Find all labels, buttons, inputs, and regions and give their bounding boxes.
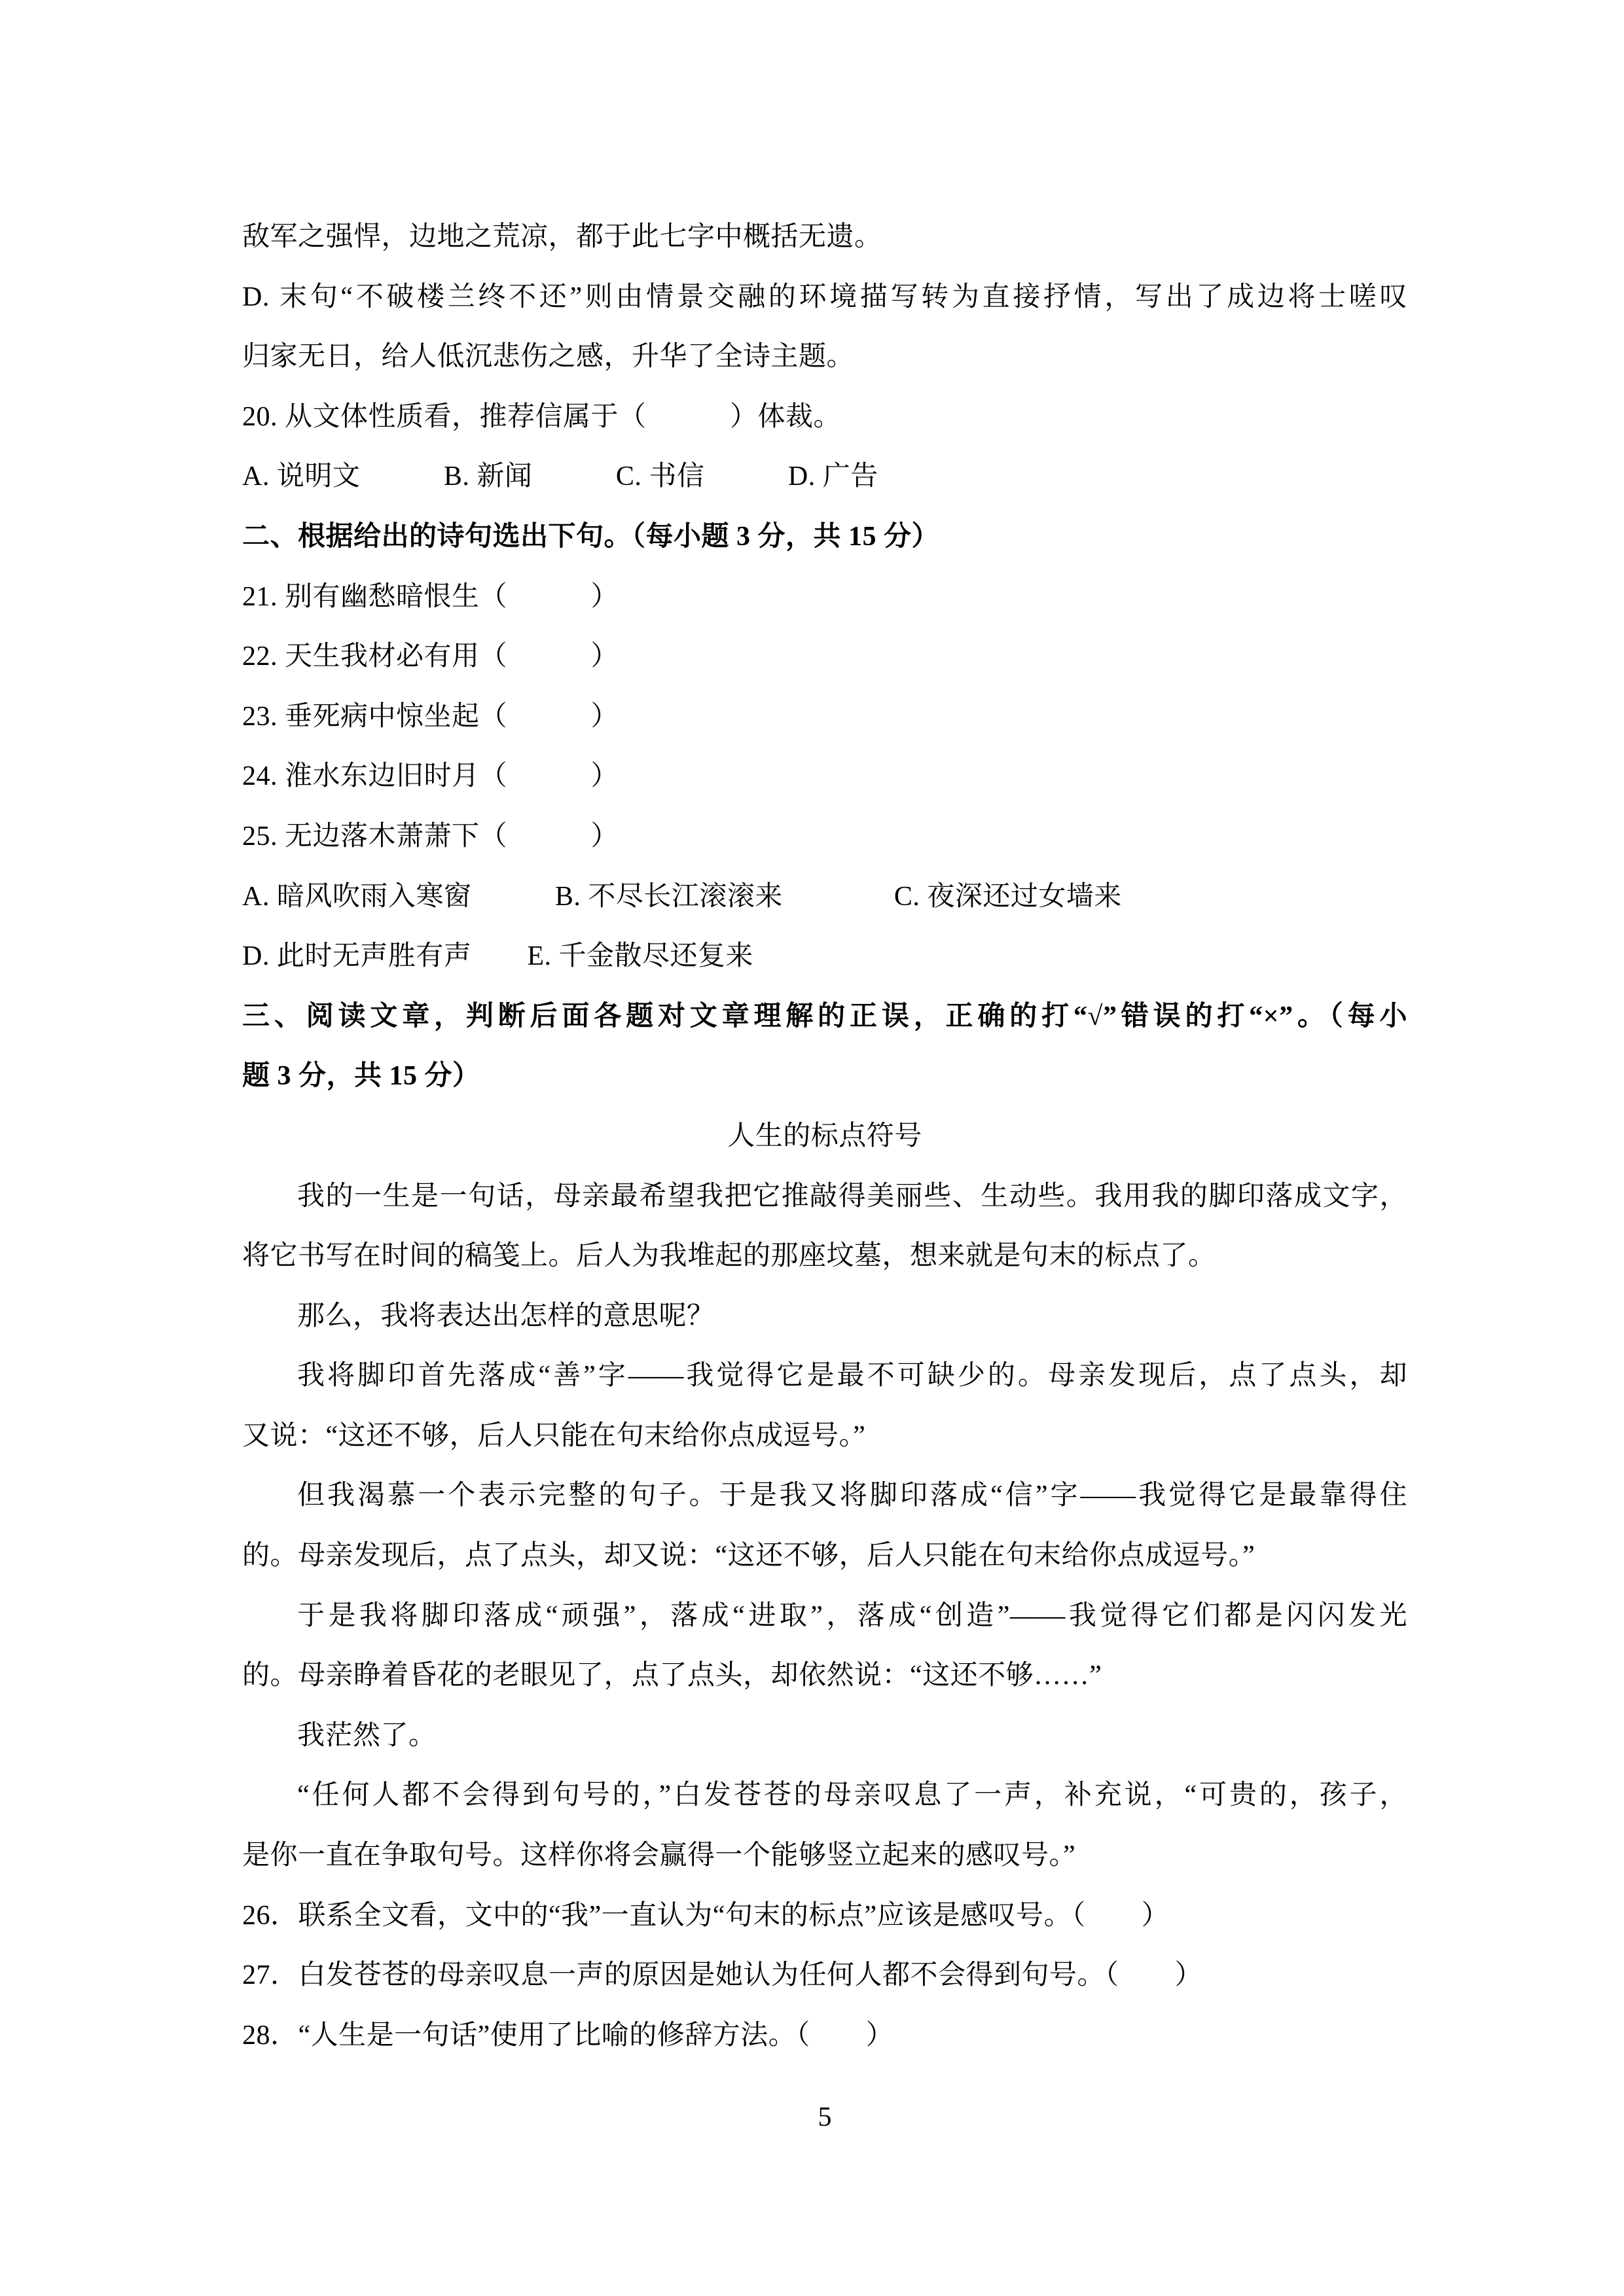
text-line: 27．白发苍苍的母亲叹息一声的原因是她认为任何人都不会得到句号。（ ） [242,1946,1407,2006]
text-line: 敌军之强悍，边地之荒凉，都于此七字中概括无遗。 [242,207,1407,268]
text-line: 归家无日，给人低沉悲伤之感，升华了全诗主题。 [242,327,1407,387]
text-line: A. 暗风吹雨入寒窗 B. 不尽长江滚滚来 C. 夜深还过女墙来 [242,867,1407,927]
text-line: 二、根据给出的诗句选出下句。（每小题 3 分，共 15 分） [242,507,1407,567]
text-line: A. 说明文 B. 新闻 C. 书信 D. 广告 [242,447,1407,507]
text-line: 26．联系全文看，文中的“我”一直认为“句末的标点”应该是感叹号。（ ） [242,1886,1407,1946]
text-line: 20. 从文体性质看，推荐信属于（ ）体裁。 [242,387,1407,448]
text-line: 28．“人生是一句话”使用了比喻的修辞方法。（ ） [242,2006,1407,2066]
text-line: 22. 天生我材必有用（ ） [242,627,1407,687]
text-line: 的。母亲发现后，点了点头，却又说：“这还不够，后人只能在句末给你点成逗号。” [242,1526,1407,1587]
text-line: 将它书写在时间的稿笺上。后人为我堆起的那座坟墓，想来就是句末的标点了。 [242,1227,1407,1287]
text-line: D. 此时无声胜有声 E. 千金散尽还复来 [242,927,1407,987]
text-line: 那么，我将表达出怎样的意思呢？ [242,1287,1407,1347]
text-line: 我茫然了。 [242,1706,1407,1767]
text-line: “任何人都不会得到句号的，”白发苍苍的母亲叹息了一声，补充说，“可贵的，孩子， [242,1766,1407,1826]
document-page: 敌军之强悍，边地之荒凉，都于此七字中概括无遗。D. 末句“不破楼兰终不还”则由情… [0,0,1624,2296]
text-line: 的。母亲睁着昏花的老眼见了，点了点头，却依然说：“这还不够……” [242,1646,1407,1706]
text-line: 我的一生是一句话，母亲最希望我把它推敲得美丽些、生动些。我用我的脚印落成文字， [242,1167,1407,1227]
text-line: 23. 垂死病中惊坐起（ ） [242,687,1407,747]
text-line: 是你一直在争取句号。这样你将会赢得一个能够竖立起来的感叹号。” [242,1826,1407,1886]
page-number: 5 [242,2088,1407,2148]
document-content: 敌军之强悍，边地之荒凉，都于此七字中概括无遗。D. 末句“不破楼兰终不还”则由情… [242,207,1407,2066]
text-line: 题 3 分，共 15 分） [242,1047,1407,1107]
text-line: 25. 无边落木萧萧下（ ） [242,807,1407,867]
text-line: 我将脚印首先落成“善”字——我觉得它是最不可缺少的。母亲发现后，点了点头，却 [242,1346,1407,1407]
text-line: 人生的标点符号 [242,1107,1407,1167]
text-line: 又说：“这还不够，后人只能在句末给你点成逗号。” [242,1407,1407,1467]
text-line: 但我渴慕一个表示完整的句子。于是我又将脚印落成“信”字——我觉得它是最靠得住 [242,1466,1407,1526]
text-line: 三、阅读文章，判断后面各题对文章理解的正误，正确的打“√”错误的打“×”。（每小 [242,987,1407,1047]
text-line: 21. 别有幽愁暗恨生（ ） [242,567,1407,628]
text-line: 24. 淮水东边旧时月（ ） [242,747,1407,807]
text-line: 于是我将脚印落成“顽强”，落成“进取”，落成“创造”——我觉得它们都是闪闪发光 [242,1587,1407,1647]
text-line: D. 末句“不破楼兰终不还”则由情景交融的环境描写转为直接抒情，写出了成边将士嗟… [242,268,1407,328]
